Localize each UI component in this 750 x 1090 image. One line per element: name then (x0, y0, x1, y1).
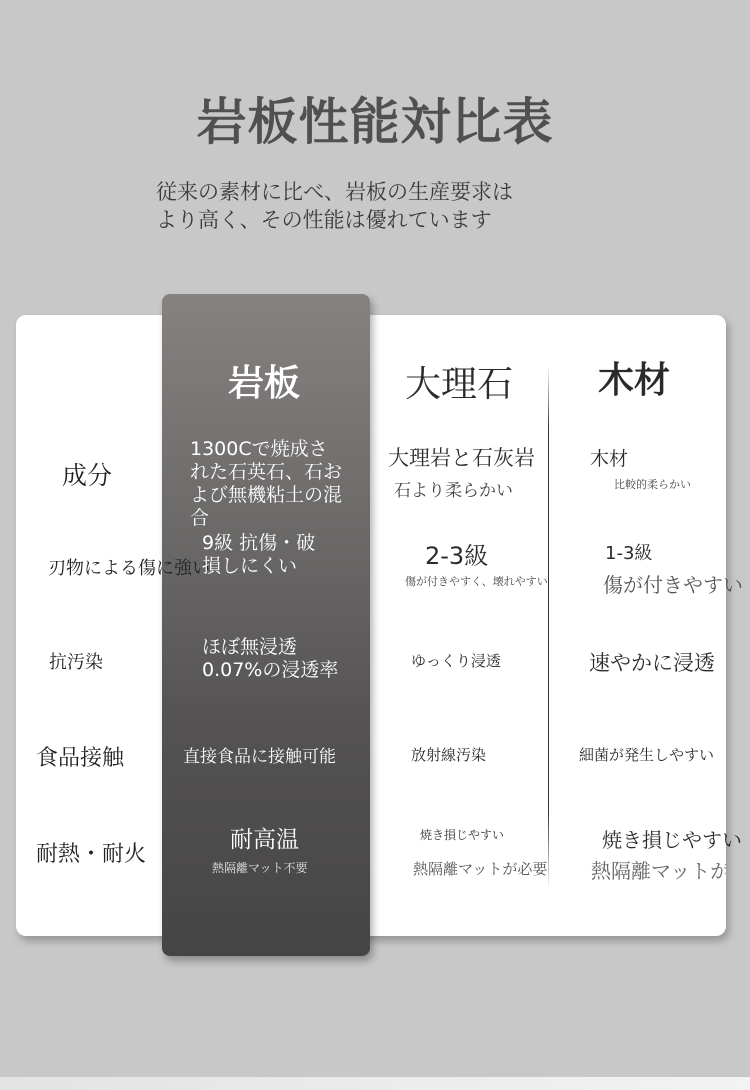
stone-slab-heat-note: 熱隔離マット不要 (212, 859, 308, 876)
row-label-stain-resistance: 抗汚染 (49, 648, 103, 674)
row-label-food-contact: 食品接触 (36, 741, 124, 772)
stone-slab-food-contact: 直接食品に接触可能 (183, 742, 336, 767)
marble-scratch-note: 傷が付きやすく、壊れやすい (405, 573, 548, 589)
marble-food-contact: 放射線汚染 (411, 744, 486, 765)
page-title: 岩板性能対比表 (0, 82, 750, 154)
row-label-scratch-resistance: 刃物による傷に強い (48, 554, 210, 580)
wood-stain-resistance: 速やかに浸透 (589, 647, 715, 677)
page-subtitle: 従来の素材に比べ、岩板の生産要求は より高く、その性能は優れています (156, 178, 513, 234)
marble-stain-resistance: ゆっくり浸透 (411, 650, 501, 671)
marble-composition: 大理岩と石灰岩 (388, 442, 535, 472)
marble-heat-resistance: 焼き損じやすい (420, 826, 504, 843)
marble-scratch-grade: 2-3級 (425, 536, 488, 571)
marble-heat-note: 熱隔離マットが必要 (413, 858, 547, 879)
wood-composition: 木材 (590, 444, 628, 471)
stone-slab-stain-resistance: ほぼ無浸透 0.07%の浸透率 (202, 636, 342, 682)
column-header-wood: 木材 (598, 352, 670, 403)
stone-slab-scratch-resistance: 9級 抗傷・破損しにくい (202, 532, 324, 578)
column-header-marble: 大理石 (405, 356, 513, 407)
row-label-composition: 成分 (62, 456, 112, 492)
bottom-edge (0, 1077, 750, 1090)
row-label-heat-resistance: 耐熱・耐火 (36, 837, 146, 868)
column-divider (548, 365, 549, 890)
wood-heat-resistance: 焼き損じやすい (602, 824, 742, 853)
marble-composition-note: 石より柔らかい (394, 476, 513, 501)
wood-scratch-grade: 1-3級 (605, 539, 652, 565)
wood-food-contact: 細菌が発生しやすい (579, 744, 714, 765)
stone-slab-composition: 1300Cで焼成された石英石、石および無機粘土の混合 (190, 438, 345, 530)
wood-heat-note: 熱隔離マットが必 (591, 855, 726, 884)
stone-slab-heat-resistance: 耐高温 (230, 821, 299, 854)
wood-scratch-note: 傷が付きやすい (603, 569, 743, 598)
column-header-stone-slab: 岩板 (228, 355, 300, 406)
wood-composition-note: 比較的柔らかい (614, 476, 691, 492)
